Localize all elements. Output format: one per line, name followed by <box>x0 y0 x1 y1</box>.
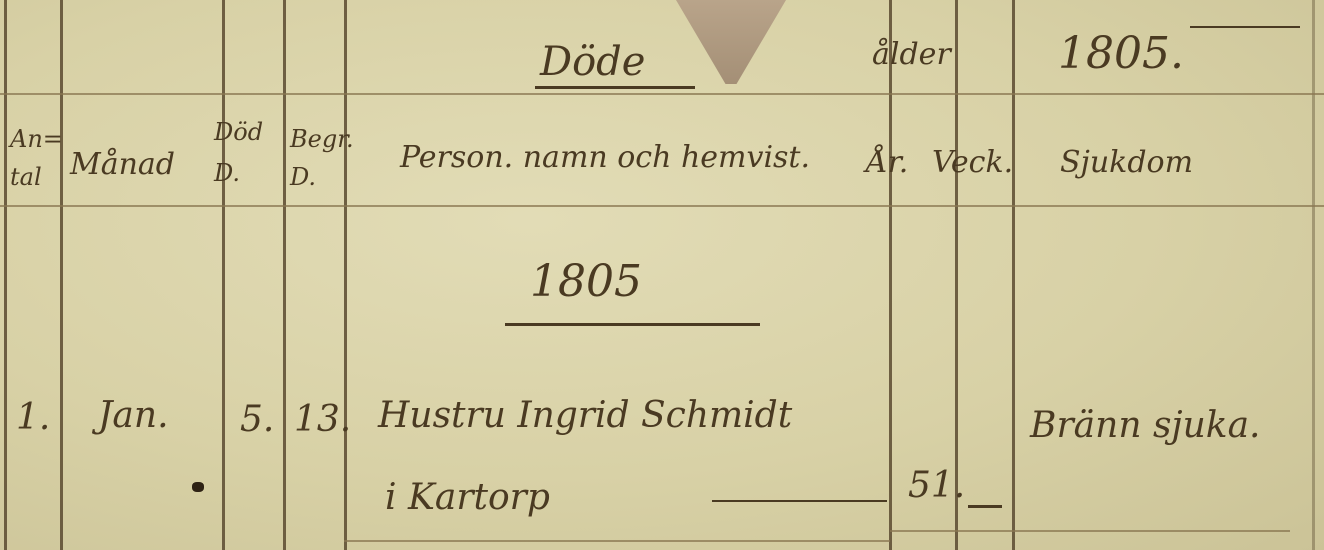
column-rule <box>60 0 63 550</box>
column-header-person: Person. namn och hemvist. <box>395 138 815 177</box>
section-title: Döde <box>540 42 645 82</box>
year-header: 1805. <box>1058 32 1184 76</box>
column-header-veck: Veck. <box>932 148 1013 178</box>
column-rule <box>4 0 7 550</box>
column-rule <box>1012 0 1015 550</box>
year-marker-underline <box>505 323 760 326</box>
column-header-antal: An= tal <box>10 120 54 197</box>
entry-begr-dag: 13. <box>294 402 351 438</box>
column-header-ar: År. <box>866 148 908 178</box>
column-header-begr-dag: Begr. D. <box>290 120 342 197</box>
column-rule <box>283 0 286 550</box>
register-page: Döde ålder 1805. An= tal Månad Död D. Be… <box>0 0 1324 550</box>
row-rule <box>890 530 1290 532</box>
entry-ar: 51. <box>908 468 965 504</box>
column-header-sjukdom: Sjukdom <box>1060 148 1193 178</box>
entry-sjukdom: Bränn sjuka. <box>1030 408 1260 444</box>
header-rule <box>0 93 1324 95</box>
column-header-manad: Månad <box>70 150 175 180</box>
column-rule <box>1312 0 1315 550</box>
entry-manad: Jan. <box>98 398 169 434</box>
ink-blot <box>192 482 204 492</box>
entry-veck-dash <box>968 505 1002 508</box>
header-rule <box>0 205 1324 207</box>
column-header-dod-dag: Död D. <box>214 112 274 194</box>
column-rule <box>344 0 347 550</box>
entry-antal: 1. <box>16 400 50 436</box>
entry-person-name: Hustru Ingrid Schmidt <box>378 398 792 434</box>
page-notch <box>676 0 786 84</box>
row-rule <box>344 540 890 542</box>
entry-dod-dag: 5. <box>240 402 274 438</box>
column-rule <box>222 0 225 550</box>
column-rule <box>889 0 892 550</box>
fill-line <box>712 500 887 502</box>
year-marker: 1805 <box>530 260 642 304</box>
entry-person-residence: i Kartorp <box>385 480 550 516</box>
year-header-flourish <box>1190 26 1300 28</box>
age-group-header: ålder <box>872 40 951 70</box>
title-underline <box>535 86 695 89</box>
